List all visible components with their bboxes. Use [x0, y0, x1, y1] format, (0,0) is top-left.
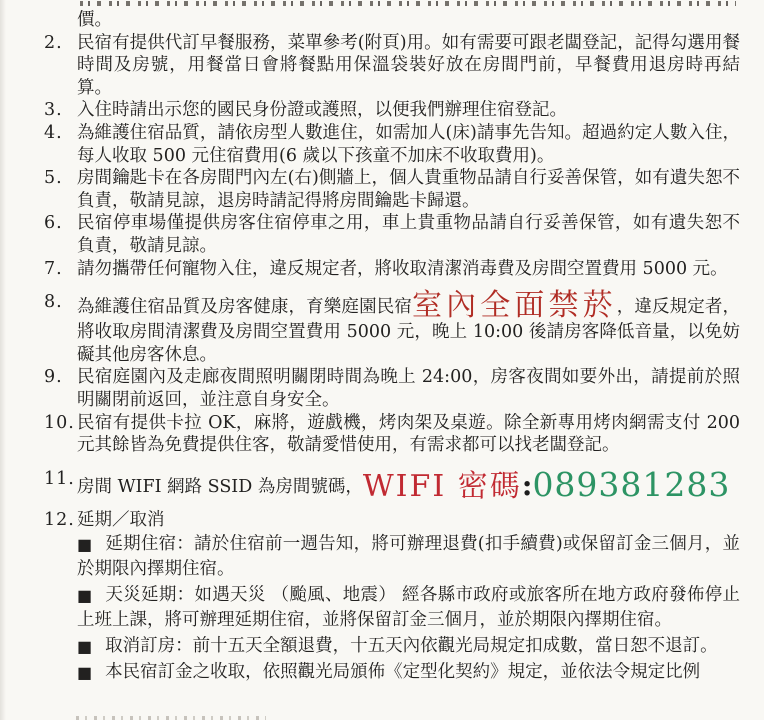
item-number: 3.: [44, 99, 77, 122]
big-colon-text: :: [522, 468, 533, 502]
item-text: ■延期住宿：請於住宿前一週告知，將可辦理退費(扣手續費)或保留訂金三個月，並於期…: [77, 531, 740, 582]
text-segment: 本民宿訂金之收取，依照觀光局頒佈《定型化契約》規定，並依法令規定比例: [105, 662, 700, 682]
item-text: 為維護住宿品質及房客健康，育樂庭園民宿室內全面禁菸，違反規定者，將收取房間清潔費…: [77, 291, 740, 366]
item-number: 10.: [44, 412, 77, 457]
rule-item: 3.入住時請出示您的國民身份證或護照，以便我們辦理住宿登記。: [44, 99, 740, 122]
square-bullet-icon: ■: [77, 634, 92, 659]
item-number: 9.: [44, 366, 77, 411]
rule-item: 5.房間鑰匙卡在各房間門內左(右)側牆上，個人貴重物品請自行妥善保管，如有遺失恕…: [44, 167, 740, 212]
item-number: [44, 9, 77, 32]
text-segment: 取消訂房：前十五天全額退費，十五天內依觀光局規定扣成數，當日恕不退訂。: [105, 636, 718, 656]
item-number: [44, 531, 77, 582]
text-segment: 民宿庭園內及走廊夜間照明關閉時間為晚上 24:00，房客夜間如要外出，請提前於照…: [77, 367, 740, 410]
big-red-text: 室內全面禁菸: [412, 288, 617, 323]
rule-item: 6.民宿停車場僅提供房客住宿停車之用，車上貴重物品請自行妥善保管，如有遺失恕不負…: [44, 212, 740, 257]
square-bullet-icon: ■: [77, 583, 92, 608]
item-number: 4.: [44, 122, 77, 167]
text-segment: 為維護住宿品質，請依房型人數進住，如需加人(床)請事先告知。超過約定人數入住，每…: [77, 123, 740, 166]
sub-bullet-item: ■本民宿訂金之收取，依照觀光局頒佈《定型化契約》規定，並依法令規定比例: [44, 659, 740, 685]
item-text: 請勿攜帶任何寵物入住，違反規定者，將收取清潔消毒費及房間空置費用 5000 元。: [77, 258, 740, 281]
sub-bullet-item: ■延期住宿：請於住宿前一週告知，將可辦理退費(扣手續費)或保留訂金三個月，並於期…: [44, 531, 740, 582]
text-segment: 延期／取消: [77, 510, 165, 530]
rule-item: 2.民宿有提供代訂早餐服務，菜單參考(附頁)用。如有需要可跟老闆登記，記得勾選用…: [44, 32, 740, 100]
rules-list: 價。2.民宿有提供代訂早餐服務，菜單參考(附頁)用。如有需要可跟老闆登記，記得勾…: [44, 9, 740, 685]
text-segment: 價。: [77, 10, 112, 30]
sub-bullet-item: ■取消訂房：前十五天全額退費，十五天內依觀光局規定扣成數，當日恕不退訂。: [44, 633, 740, 659]
item-number: 8.: [44, 291, 77, 366]
item-text: ■本民宿訂金之收取，依照觀光局頒佈《定型化契約》規定，並依法令規定比例: [77, 659, 740, 685]
item-number: 11.: [44, 468, 77, 504]
clipped-text-bottom: [76, 716, 266, 720]
sub-bullet-item: ■天災延期：如遇天災 （颱風、地震） 經各縣市政府或旅客所在地方政府發佈停止上班…: [44, 582, 740, 633]
item-number: [44, 659, 77, 685]
continuation-line: 價。: [44, 9, 740, 32]
item-text: 民宿停車場僅提供房客住宿停車之用，車上貴重物品請自行妥善保管，如有遺失恕不負責，…: [77, 212, 740, 257]
text-segment: 民宿有提供代訂早餐服務，菜單參考(附頁)用。如有需要可跟老闆登記，記得勾選用餐時…: [77, 33, 740, 98]
rule-item: 10.民宿有提供卡拉 OK，麻將，遊戲機，烤肉架及桌遊。除全新專用烤肉網需支付 …: [44, 412, 740, 457]
rule-item: 12.延期／取消: [44, 509, 740, 532]
rule-item: 7.請勿攜帶任何寵物入住，違反規定者，將收取清潔消毒費及房間空置費用 5000 …: [44, 258, 740, 281]
item-text: 價。: [77, 9, 740, 32]
text-segment: 請勿攜帶任何寵物入住，違反規定者，將收取清潔消毒費及房間空置費用 5000 元。: [77, 259, 728, 279]
item-text: 民宿有提供代訂早餐服務，菜單參考(附頁)用。如有需要可跟老闆登記，記得勾選用餐時…: [77, 32, 740, 100]
item-text: 民宿庭園內及走廊夜間照明關閉時間為晚上 24:00，房客夜間如要外出，請提前於照…: [77, 366, 740, 411]
text-segment: 延期住宿：請於住宿前一週告知，將可辦理退費(扣手續費)或保留訂金三個月，並於期限…: [77, 534, 740, 579]
big-red2-text: WIFI 密碼: [363, 469, 522, 504]
text-segment: 房間 WIFI 網路 SSID 為房間號碼，: [77, 477, 363, 497]
item-text: ■天災延期：如遇天災 （颱風、地震） 經各縣市政府或旅客所在地方政府發佈停止上班…: [77, 582, 740, 633]
item-number: 6.: [44, 212, 77, 257]
rule-item: 9.民宿庭園內及走廊夜間照明關閉時間為晚上 24:00，房客夜間如要外出，請提前…: [44, 366, 740, 411]
item-text: ■取消訂房：前十五天全額退費，十五天內依觀光局規定扣成數，當日恕不退訂。: [77, 633, 740, 659]
text-segment: 民宿停車場僅提供房客住宿停車之用，車上貴重物品請自行妥善保管，如有遺失恕不負責，…: [77, 213, 740, 256]
item-text: 延期／取消: [77, 509, 740, 532]
square-bullet-icon: ■: [77, 660, 92, 685]
text-segment: 天災延期：如遇天災 （颱風、地震） 經各縣市政府或旅客所在地方政府發佈停止上班上…: [77, 585, 740, 630]
item-number: 7.: [44, 258, 77, 281]
text-segment: 房間鑰匙卡在各房間門內左(右)側牆上，個人貴重物品請自行妥善保管，如有遺失恕不負…: [77, 168, 740, 211]
rule-item: 8.為維護住宿品質及房客健康，育樂庭園民宿室內全面禁菸，違反規定者，將收取房間清…: [44, 291, 740, 366]
item-number: [44, 633, 77, 659]
item-number: [44, 582, 77, 633]
rule-item: 4.為維護住宿品質，請依房型人數進住，如需加人(床)請事先告知。超過約定人數入住…: [44, 122, 740, 167]
clipped-text-top: [80, 1, 736, 6]
text-segment: 入住時請出示您的國民身份證或護照，以便我們辦理住宿登記。: [77, 100, 567, 120]
item-text: 入住時請出示您的國民身份證或護照，以便我們辦理住宿登記。: [77, 99, 740, 122]
document-page: 價。2.民宿有提供代訂早餐服務，菜單參考(附頁)用。如有需要可跟老闆登記，記得勾…: [0, 0, 764, 720]
rule-item: 11.房間 WIFI 網路 SSID 為房間號碼，WIFI 密碼:0893812…: [44, 468, 740, 504]
item-number: 12.: [44, 509, 77, 532]
item-text: 民宿有提供卡拉 OK，麻將，遊戲機，烤肉架及桌遊。除全新專用烤肉網需支付 200…: [77, 412, 740, 457]
item-number: 2.: [44, 32, 77, 100]
item-text: 房間鑰匙卡在各房間門內左(右)側牆上，個人貴重物品請自行妥善保管，如有遺失恕不負…: [77, 167, 740, 212]
item-number: 5.: [44, 167, 77, 212]
item-text: 為維護住宿品質，請依房型人數進住，如需加人(床)請事先告知。超過約定人數入住，每…: [77, 122, 740, 167]
text-segment: 民宿有提供卡拉 OK，麻將，遊戲機，烤肉架及桌遊。除全新專用烤肉網需支付 200…: [77, 413, 740, 456]
square-bullet-icon: ■: [77, 532, 92, 557]
item-text: 房間 WIFI 網路 SSID 為房間號碼，WIFI 密碼:089381283: [77, 468, 740, 504]
scanned-guesthouse-rules-page: { "page": { "background": "#f9f8f4", "te…: [0, 0, 764, 720]
big-green-text: 089381283: [532, 465, 730, 504]
scan-edge-shading: [0, 0, 6, 720]
text-segment: 為維護住宿品質及房客健康，育樂庭園民宿: [77, 297, 412, 317]
